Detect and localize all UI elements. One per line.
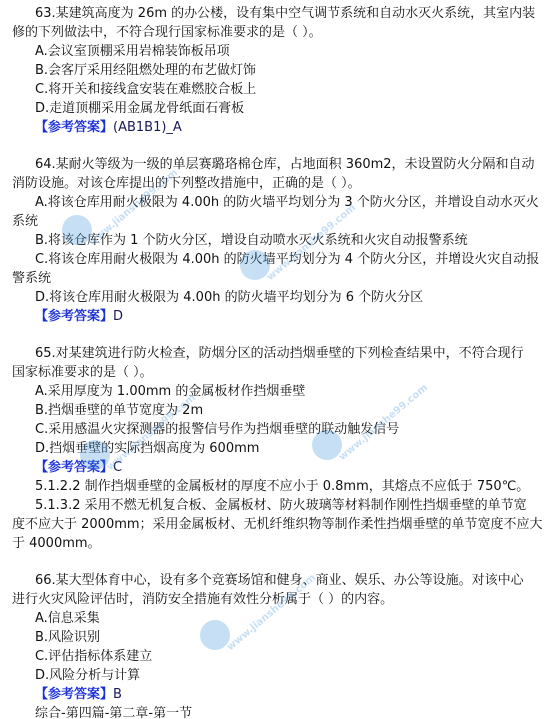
- option-b: B.挡烟垂壁的单节宽度为 2m: [0, 401, 560, 420]
- option-d: D.将该仓库用耐火极限为 4.00h 的防火墙平均划分为 6 个防火分区: [0, 288, 560, 307]
- answer-label: 【参考答案】: [35, 687, 113, 702]
- question-text: 65.对某建筑进行防火检查，防烟分区的活动挡烟垂壁的下列检查结果中，不符合现行: [0, 344, 560, 363]
- option-a: A.将该仓库用耐火极限为 4.00h 的防火墙平均划分为 3 个防火分区，并增设…: [0, 193, 560, 212]
- answer-label: 【参考答案】: [35, 460, 113, 475]
- source-reference: 综合-第四篇-第二章-第一节: [0, 704, 560, 719]
- option-a: A.采用厚度为 1.00mm 的金属板材作挡烟垂壁: [0, 382, 560, 401]
- answer-label: 【参考答案】: [35, 120, 113, 135]
- answer-value: D: [113, 309, 123, 324]
- question-63: 63.某建筑高度为 26m 的办公楼，设有集中空气调节系统和自动水灭火系统，其室…: [0, 4, 560, 137]
- answer-line: 【参考答案】D: [0, 307, 560, 326]
- option-b: B.风险识别: [0, 628, 560, 647]
- option-a-cont: 系统: [0, 212, 560, 231]
- option-c: C.采用感温火灾探测器的报警信号作为挡烟垂壁的联动触发信号: [0, 420, 560, 439]
- document-page: 63.某建筑高度为 26m 的办公楼，设有集中空气调节系统和自动水灭火系统，其室…: [0, 0, 560, 719]
- option-d: D.走道顶棚采用金属龙骨纸面石膏板: [0, 99, 560, 118]
- explanation-text: 5.1.3.2 采用不燃无机复合板、金属板材、防火玻璃等材料制作刚性挡烟垂壁的单…: [0, 496, 560, 515]
- option-d: D.挡烟垂壁的实际挡烟高度为 600mm: [0, 439, 560, 458]
- question-66: 66.某大型体育中心，设有多个竞赛场馆和健身、商业、娱乐、办公等设施。对该中心 …: [0, 571, 560, 719]
- option-b: B.将该仓库作为 1 个防火分区，增设自动喷水灭火系统和火灾自动报警系统: [0, 231, 560, 250]
- option-c-cont: 警系统: [0, 269, 560, 288]
- question-text: 修的下列做法中，不符合现行国家标准要求的是（ ）。: [0, 23, 560, 42]
- question-text: 64.某耐火等级为一级的单层赛璐珞棉仓库，占地面积 360m2，未设置防火分隔和…: [0, 155, 560, 174]
- explanation-text: 度不应大于 2000mm；采用金属板材、无机纤维织物等制作柔性挡烟垂壁的单节宽度…: [0, 515, 560, 534]
- question-64: 64.某耐火等级为一级的单层赛璐珞棉仓库，占地面积 360m2，未设置防火分隔和…: [0, 155, 560, 326]
- option-c: C.将开关和接线盒安装在难燃胶合板上: [0, 80, 560, 99]
- answer-line: 【参考答案】B: [0, 685, 560, 704]
- explanation-text: 5.1.2.2 制作挡烟垂壁的金属板材的厚度不应小于 0.8mm，其熔点不应低于…: [0, 477, 560, 496]
- question-text: 国家标准要求的是（ ）。: [0, 363, 560, 382]
- answer-line: 【参考答案】C: [0, 458, 560, 477]
- option-a: A.信息采集: [0, 609, 560, 628]
- answer-value: (AB1B1)_A: [113, 120, 182, 135]
- option-c: C.评估指标体系建立: [0, 647, 560, 666]
- question-65: 65.对某建筑进行防火检查，防烟分区的活动挡烟垂壁的下列检查结果中，不符合现行 …: [0, 344, 560, 553]
- answer-line: 【参考答案】(AB1B1)_A: [0, 118, 560, 137]
- explanation-text: 于 4000mm。: [0, 534, 560, 553]
- question-text: 66.某大型体育中心，设有多个竞赛场馆和健身、商业、娱乐、办公等设施。对该中心: [0, 571, 560, 590]
- answer-value: B: [113, 687, 122, 702]
- option-b: B.会客厅采用经阻燃处理的布艺做灯饰: [0, 61, 560, 80]
- option-a: A.会议室顶棚采用岩棉装饰板吊项: [0, 42, 560, 61]
- answer-label: 【参考答案】: [35, 309, 113, 324]
- question-text: 进行火灾风险评估时，消防安全措施有效性分析属于（ ）的内容。: [0, 590, 560, 609]
- question-text: 消防设施。对该仓库提出的下列整改措施中，正确的是（ ）。: [0, 174, 560, 193]
- answer-value: C: [113, 460, 122, 475]
- option-d: D.风险分析与计算: [0, 666, 560, 685]
- option-c: C.将该仓库用耐火极限为 4.00h 的防火墙平均划分为 4 个防火分区，并增设…: [0, 250, 560, 269]
- question-text: 63.某建筑高度为 26m 的办公楼，设有集中空气调节系统和自动水灭火系统，其室…: [0, 4, 560, 23]
